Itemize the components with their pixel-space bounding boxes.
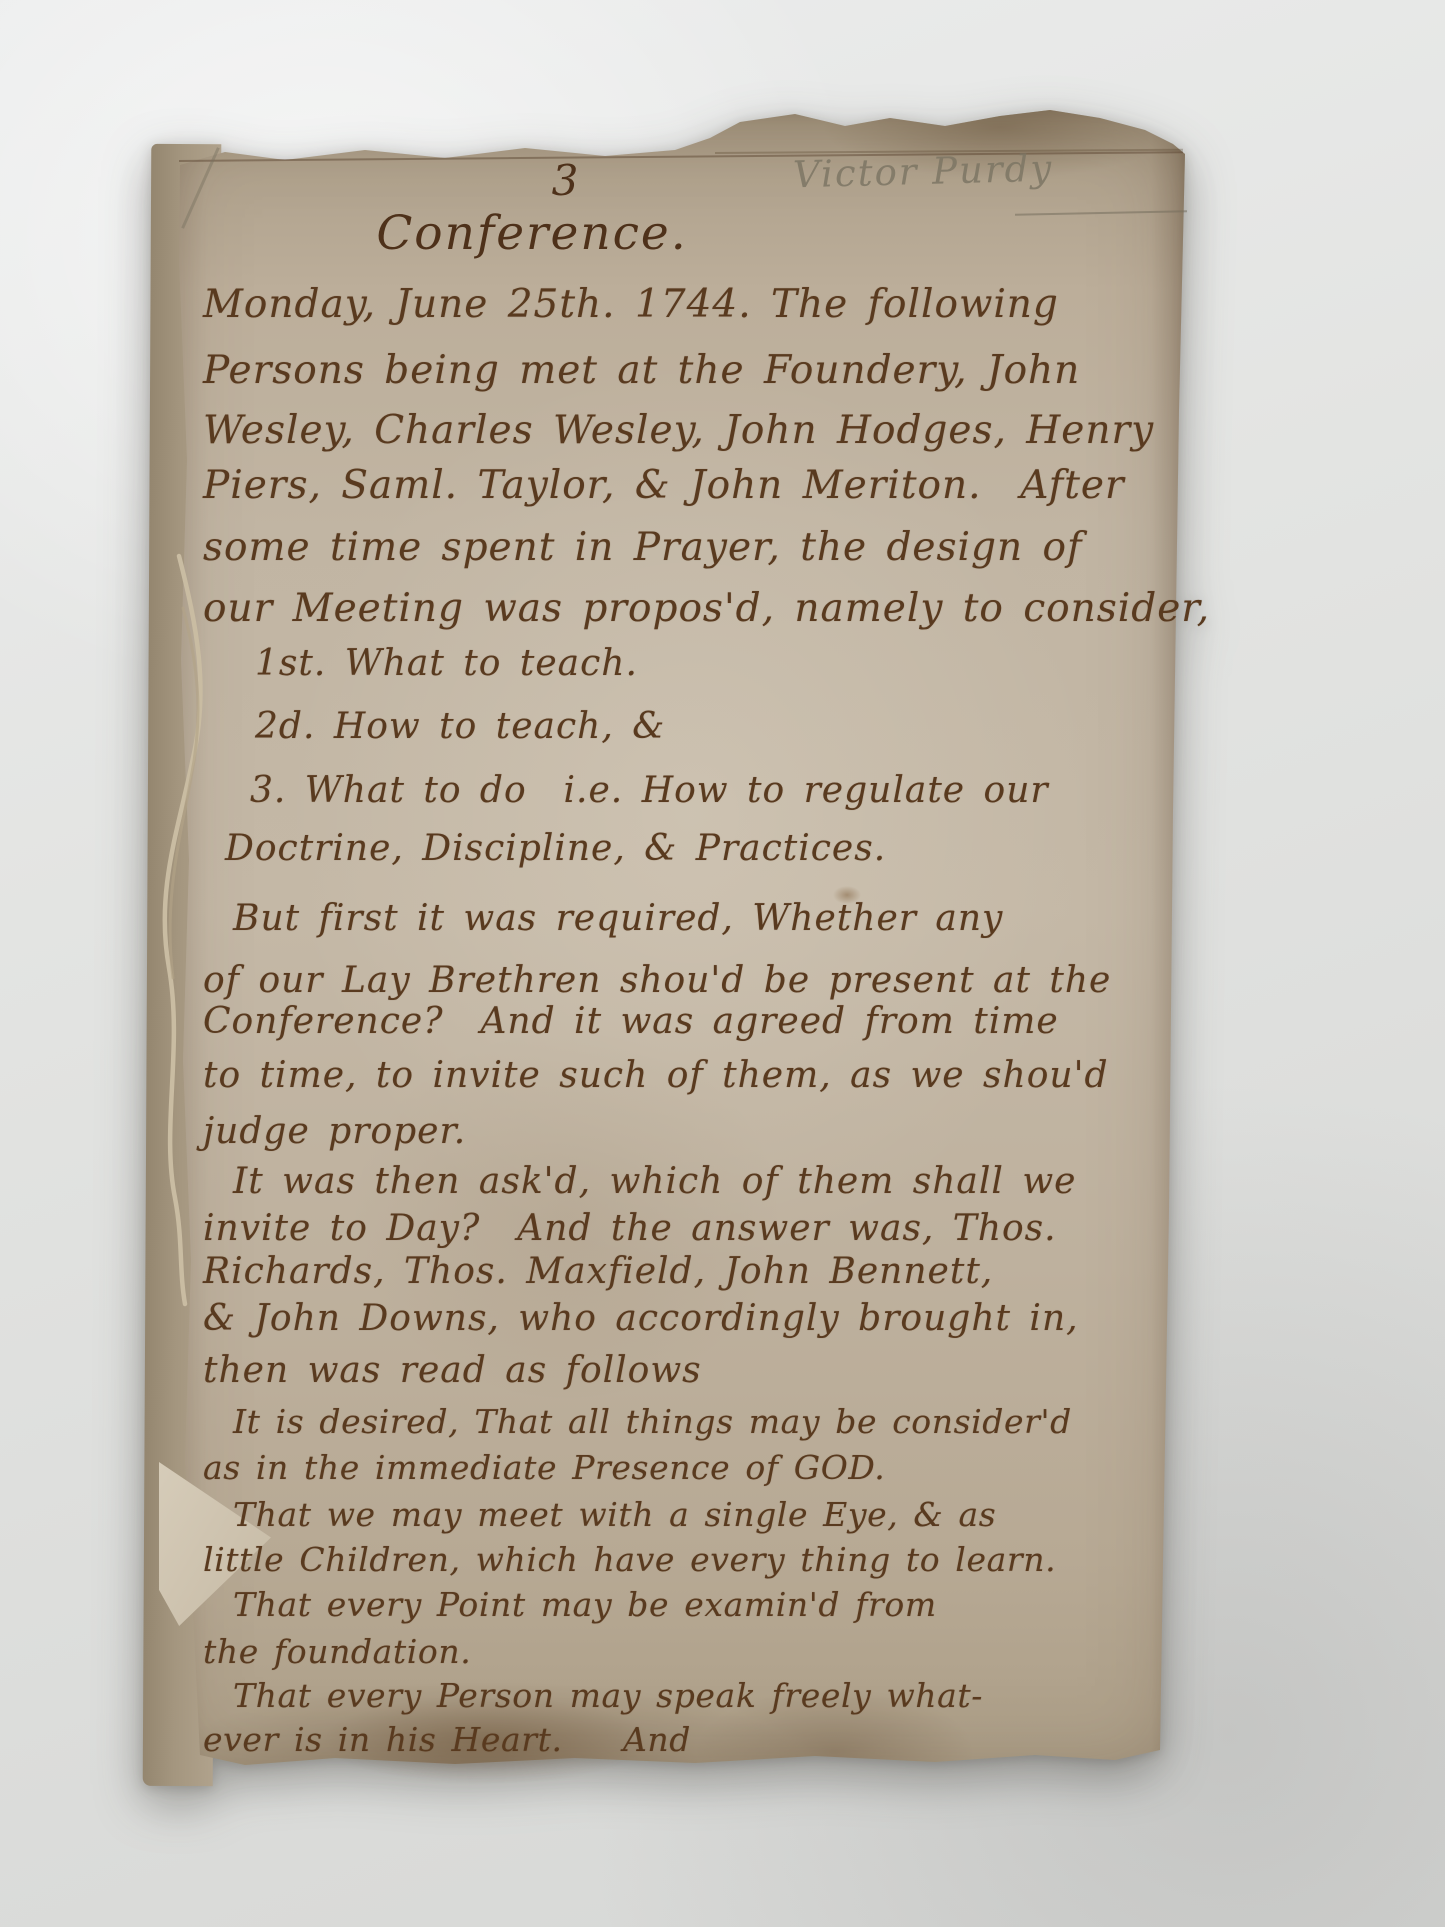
manuscript-line: ever is in his Heart. And	[203, 1720, 691, 1759]
manuscript-line: 2d. How to teach, &	[255, 706, 665, 747]
manuscript-line: then was read as follows	[203, 1350, 702, 1391]
photo-background: { "page": { "page_number": "3", "title":…	[0, 0, 1445, 1927]
manuscript-line: of our Lay Brethren shou'd be present at…	[203, 960, 1111, 1001]
manuscript-line: & John Downs, who accordingly brought in…	[203, 1298, 1079, 1339]
manuscript-line: our Meeting was propos'd, namely to cons…	[203, 586, 1210, 631]
manuscript-line: 1st. What to teach.	[255, 643, 638, 684]
page-number: 3	[530, 156, 600, 205]
manuscript-line: It is desired, That all things may be co…	[233, 1402, 1072, 1441]
manuscript-line: the foundation.	[203, 1632, 471, 1671]
page-title: Conference.	[317, 206, 747, 261]
manuscript-line: some time spent in Prayer, the design of	[203, 525, 1082, 570]
manuscript-line: to time, to invite such of them, as we s…	[203, 1055, 1109, 1096]
manuscript-line: Persons being met at the Foundery, John	[203, 348, 1080, 393]
manuscript-line: Doctrine, Discipline, & Practices.	[225, 828, 886, 869]
manuscript-line: little Children, which have every thing …	[203, 1540, 1056, 1579]
pencil-annotation: Victor Purdy	[792, 147, 1053, 197]
binding-thread-icon	[133, 548, 223, 1308]
manuscript-line: Monday, June 25th. 1744. The following	[203, 282, 1059, 327]
manuscript-line: It was then ask'd, which of them shall w…	[233, 1161, 1077, 1202]
manuscript-line: That every Point may be examin'd from	[233, 1585, 937, 1624]
manuscript-line: That we may meet with a single Eye, & as	[233, 1495, 996, 1534]
manuscript-line: as in the immediate Presence of GOD.	[203, 1448, 885, 1487]
manuscript-line: Piers, Saml. Taylor, & John Meriton. Aft…	[203, 463, 1125, 508]
manuscript-line: 3. What to do i.e. How to regulate our	[250, 770, 1049, 811]
manuscript-line: Conference? And it was agreed from time	[203, 1001, 1059, 1042]
manuscript-line: But first it was required, Whether any	[233, 898, 1003, 939]
manuscript-line: Richards, Thos. Maxfield, John Bennett,	[203, 1251, 993, 1292]
manuscript-booklet: 3 Conference. Victor Purdy Monday, June …	[155, 110, 1185, 1785]
manuscript-line: judge proper.	[203, 1111, 466, 1152]
manuscript-line: Wesley, Charles Wesley, John Hodges, Hen…	[203, 408, 1154, 453]
manuscript-line: invite to Day? And the answer was, Thos.	[203, 1208, 1057, 1249]
manuscript-line: That every Person may speak freely what-	[233, 1676, 983, 1715]
